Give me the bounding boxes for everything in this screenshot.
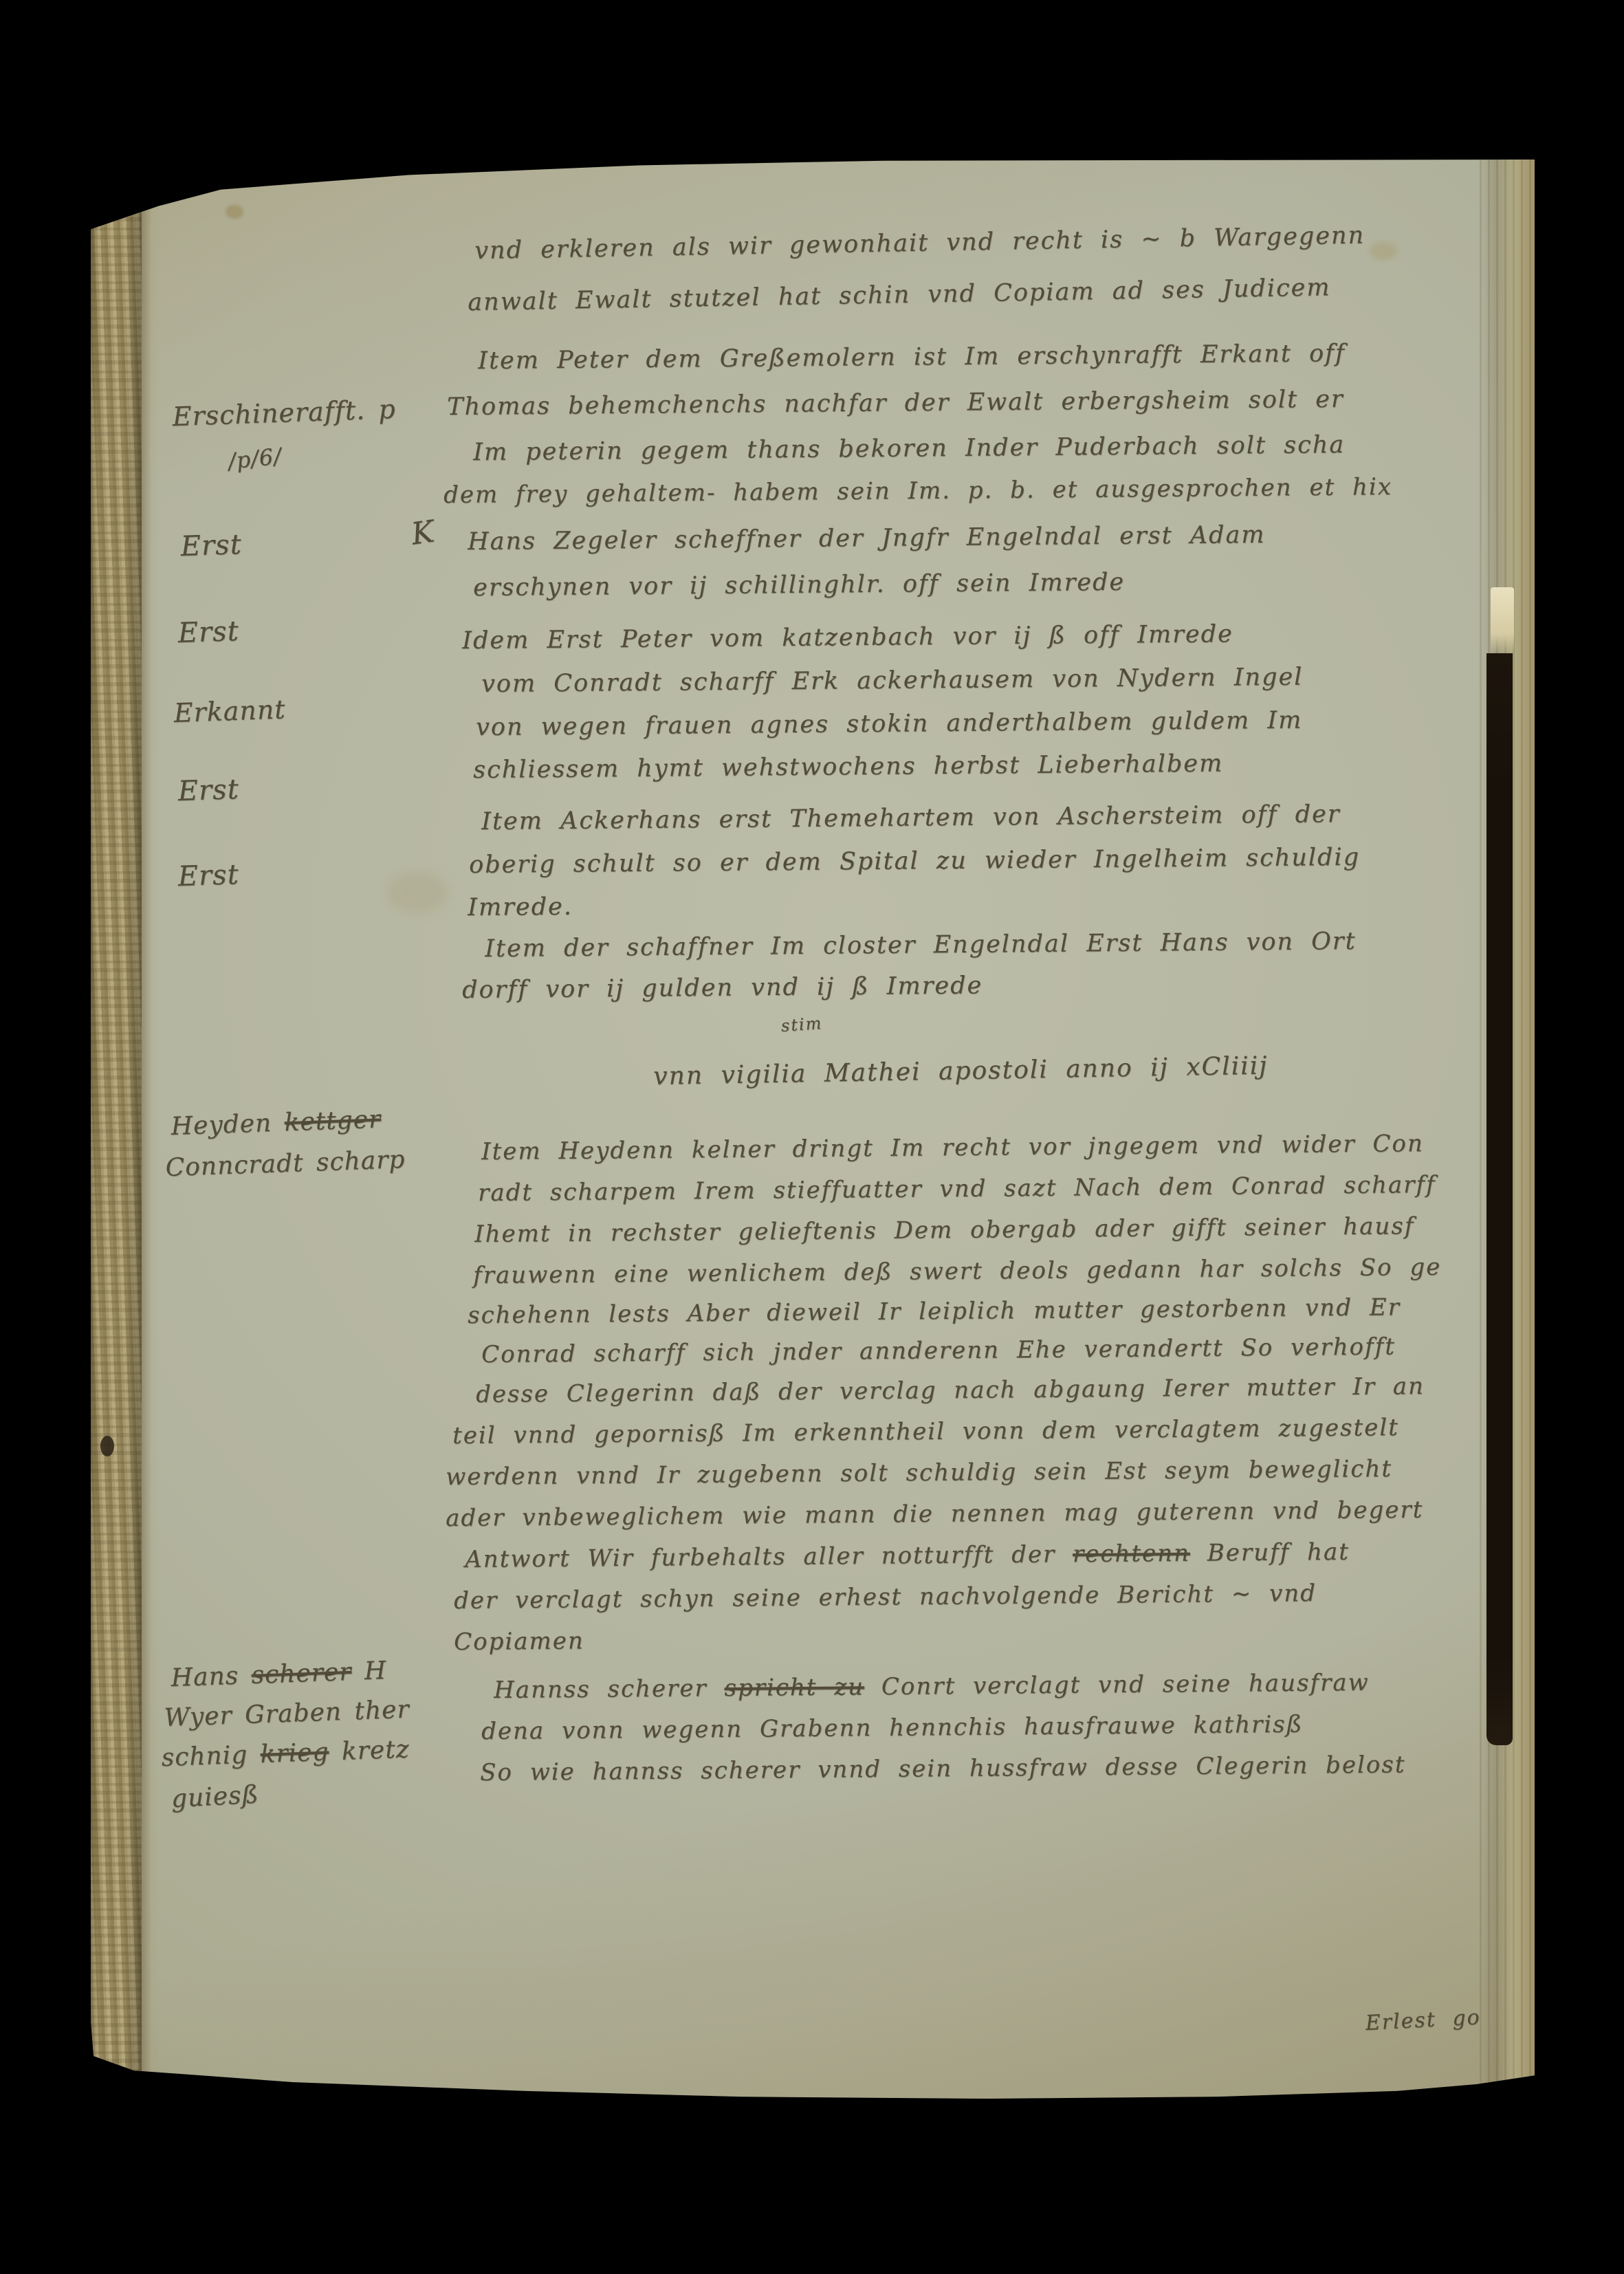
manuscript-line: anwalt Ewalt stutzel hat schin vnd Copia… (468, 274, 1331, 316)
manuscript-line: Hannss scherer spricht zu Conrt verclagt… (494, 1669, 1370, 1704)
manuscript-line: von wegen frauen agnes stokin anderthalb… (476, 707, 1302, 741)
manuscript-line: vnd erkleren als wir gewonhait vnd recht… (474, 221, 1365, 265)
margin-note: Hans scherer H (171, 1657, 387, 1692)
text-segment: kretz (329, 1735, 410, 1766)
manuscript-line: Idem Erst Peter vom katzenbach vor ij ß … (462, 620, 1233, 655)
text-segment: H (351, 1657, 387, 1686)
manuscript-line: So wie hannss scherer vnnd sein hussfraw… (480, 1751, 1406, 1786)
margin-note: Erst (177, 859, 239, 893)
text-segment: schnig (161, 1740, 261, 1772)
manuscript-line: Item Heydenn kelner dringt Im recht vor … (481, 1130, 1424, 1166)
photo-black-background: Erschinerafft. p/p/6/ErstErstErkanntErst… (0, 0, 1624, 2274)
edge-highlight (1491, 587, 1514, 653)
manuscript-line: ader vnbeweglichem wie mann die nennen m… (446, 1496, 1423, 1532)
manuscript-page: Erschinerafft. p/p/6/ErstErstErkanntErst… (91, 160, 1535, 2099)
manuscript-line: frauwenn eine wenlichem deß swert deols … (473, 1254, 1441, 1289)
paper-stain (235, 2167, 276, 2191)
struck-text: spricht zu (724, 1673, 864, 1702)
fore-edge-crease (142, 160, 160, 2099)
manuscript-line: K (409, 514, 438, 551)
manuscript-line: Item Ackerhans erst Themehartem von Asch… (481, 800, 1341, 835)
manuscript-line: Imrede. (468, 893, 573, 921)
foxing-stain (1370, 242, 1397, 260)
text-segment: Heyden (171, 1108, 285, 1141)
margin-note: schnig krieg kretz (161, 1735, 410, 1772)
text-segment: Hans (171, 1661, 252, 1692)
manuscript-line: Antwort Wir furbehalts aller notturfft d… (465, 1538, 1350, 1573)
margin-note: Erschinerafft. p (172, 394, 396, 432)
catchword: Erlest go (1365, 2005, 1481, 2035)
struck-text: scherer (251, 1658, 352, 1690)
manuscript-line: oberig schult so er dem Spital zu wieder… (469, 844, 1360, 879)
manuscript-line: Thomas behemchenchs nachfar der Ewalt er… (447, 386, 1344, 421)
margin-note: Erst (177, 774, 239, 807)
manuscript-line: werdenn vnnd Ir zugebenn solt schuldig s… (446, 1455, 1392, 1491)
manuscript-line: desse Clegerinn daß der verclag nach abg… (476, 1373, 1425, 1408)
manuscript-line: Copiamen (454, 1627, 584, 1656)
manuscript-line: stim (780, 1014, 823, 1036)
foxing-stain (226, 205, 243, 219)
struck-text: krieg (260, 1738, 329, 1768)
text-segment: Conrt verclagt vnd seine hausfraw (864, 1669, 1370, 1701)
manuscript-line: Ihemt in rechster gelieftenis Dem oberga… (474, 1212, 1415, 1248)
margin-note: Erkannt (173, 694, 286, 728)
margin-note: /p/6/ (227, 443, 283, 474)
manuscript-line: dena vonn wegenn Grabenn hennchis hausfr… (481, 1711, 1303, 1745)
manuscript-line: erschynen vor ij schillinghlr. off sein … (473, 569, 1125, 602)
margin-note: guiesß (171, 1780, 260, 1813)
text-segment: Antwort Wir furbehalts aller notturfft d… (465, 1540, 1073, 1573)
manuscript-line: Item der schaffner Im closter Engelndal … (485, 928, 1357, 963)
manuscript-line: Conrad scharff sich jnder annderenn Ehe … (481, 1333, 1396, 1368)
manuscript-line: vom Conradt scharff Erk ackerhausem von … (481, 664, 1304, 698)
manuscript-line: Im peterin gegem thans bekoren Inder Pud… (473, 431, 1345, 466)
manuscript-line: der verclagt schyn seine erhest nachvolg… (454, 1579, 1317, 1615)
paper-stain (386, 872, 448, 913)
manuscript-line: Item Peter dem Greßemolern ist Im erschy… (478, 340, 1346, 375)
manuscript-line: dorff vor ij gulden vnd ij ß Imrede (462, 972, 983, 1004)
text-segment: Hannss scherer (494, 1674, 725, 1704)
manuscript-line: dem frey gehaltem- habem sein Im. p. b. … (443, 473, 1392, 509)
manuscript-line: vnn vigilia Mathei apostoli anno ij xCli… (653, 1051, 1269, 1091)
margin-note: Erst (177, 615, 239, 649)
struck-text: rechtenn (1073, 1540, 1190, 1568)
margin-note: Conncradt scharp (165, 1146, 406, 1182)
margin-note: Wyer Graben ther (164, 1696, 410, 1732)
manuscript-line: schliessem hymt wehstwochens herbst Lieb… (473, 750, 1223, 784)
page-gap-shadow (1486, 653, 1513, 1745)
book-fore-edge (91, 160, 142, 2099)
text-segment: Beruff hat (1190, 1538, 1350, 1567)
struck-text: kettger (284, 1105, 382, 1137)
margin-note: Heyden kettger (171, 1105, 382, 1141)
manuscript-line: radt scharpem Irem stieffuatter vnd sazt… (478, 1171, 1436, 1207)
manuscript-line: Hans Zegeler scheffner der Jngfr Engelnd… (468, 521, 1266, 556)
margin-note: Erst (180, 529, 242, 562)
manuscript-line: teil vnnd gepornisß Im erkenntheil vonn … (452, 1414, 1399, 1450)
manuscript-line: schehenn lests Aber dieweil Ir leiplich … (468, 1293, 1401, 1329)
